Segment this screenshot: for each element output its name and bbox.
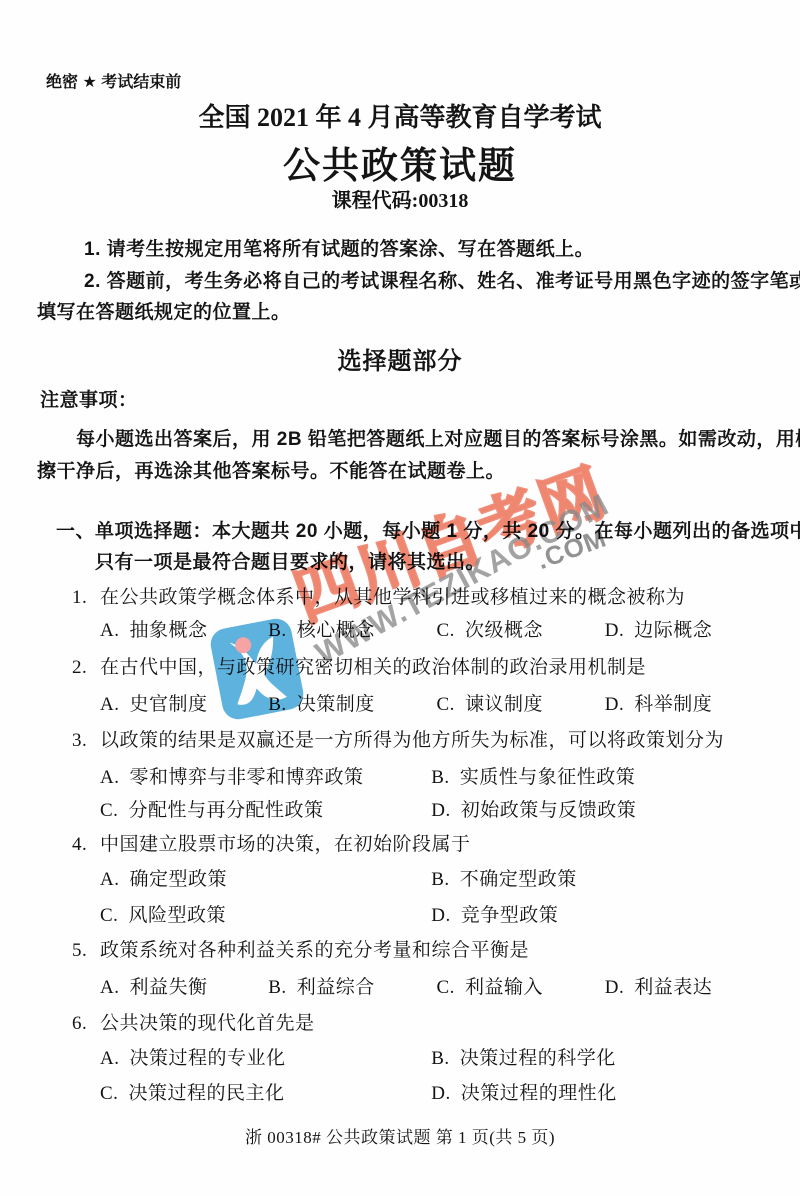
question-4-option-b: B.不确定型政策 bbox=[431, 868, 576, 892]
option-label: B. bbox=[268, 977, 286, 998]
option-text: 利益输入 bbox=[465, 977, 543, 998]
paper-title: 公共政策试题 bbox=[0, 135, 800, 189]
notes-line-1: 每小题选出答案后，用 2B 铅笔把答题纸上对应题目的答案标号涂黑。如需改动，用橡… bbox=[76, 428, 800, 452]
option-label: D. bbox=[431, 800, 450, 821]
question-number: 4. bbox=[72, 833, 100, 857]
question-6-option-b: B.决策过程的科学化 bbox=[431, 1047, 615, 1071]
option-text: 科举制度 bbox=[634, 694, 712, 715]
option-text: 利益失衡 bbox=[129, 977, 207, 998]
option-text: 决策过程的民主化 bbox=[128, 1083, 284, 1104]
option-label: C. bbox=[100, 1083, 118, 1104]
option-label: A. bbox=[100, 977, 119, 998]
question-6: 6.公共决策的现代化首先是 bbox=[72, 1012, 315, 1036]
instruction-line-2: 2. 答题前，考生务必将自己的考试课程名称、姓名、准考证号用黑色字迹的签字笔或钢… bbox=[84, 270, 800, 294]
option-label: A. bbox=[100, 694, 119, 715]
question-number: 1. bbox=[72, 586, 100, 610]
option-label: B. bbox=[268, 694, 286, 715]
question-6-option-a: A.决策过程的专业化 bbox=[100, 1047, 426, 1071]
option-label: C. bbox=[100, 800, 118, 821]
option-label: D. bbox=[605, 620, 624, 641]
option-text: 史官制度 bbox=[129, 694, 207, 715]
watermark-url: WWW.TEZIKAO.COM bbox=[310, 487, 615, 672]
option-text: 竞争型政策 bbox=[461, 905, 559, 926]
question-4-options-row-1: A.确定型政策 B.不确定型政策 bbox=[100, 868, 577, 892]
question-4-options-row-2: C.风险型政策 D.竞争型政策 bbox=[100, 904, 558, 928]
question-number: 6. bbox=[72, 1012, 100, 1036]
question-2-option-a: A.史官制度 bbox=[100, 693, 263, 717]
question-1-option-d: D.边际概念 bbox=[605, 619, 713, 643]
option-text: 决策过程的科学化 bbox=[460, 1048, 616, 1069]
question-6-option-c: C.决策过程的民主化 bbox=[100, 1082, 426, 1106]
classification-label: 绝密 ★ 考试结束前 bbox=[46, 69, 181, 92]
option-text: 边际概念 bbox=[634, 620, 712, 641]
exam-title: 全国 2021 年 4 月高等教育自学考试 bbox=[0, 97, 800, 134]
question-3-option-a: A.零和博弈与非零和博弈政策 bbox=[100, 766, 426, 790]
option-label: B. bbox=[431, 1048, 449, 1069]
section-title: 选择题部分 bbox=[0, 341, 800, 376]
question-text: 政策系统对各种利益关系的充分考量和综合平衡是 bbox=[100, 940, 529, 961]
option-label: D. bbox=[605, 977, 624, 998]
option-label: A. bbox=[100, 620, 119, 641]
notes-line-2: 擦干净后，再选涂其他答案标号。不能答在试题卷上。 bbox=[37, 460, 505, 484]
question-6-option-d: D.决策过程的理性化 bbox=[431, 1082, 617, 1106]
option-label: B. bbox=[268, 620, 286, 641]
option-label: D. bbox=[431, 905, 450, 926]
question-text: 以政策的结果是双赢还是一方所得为他方所失为标准，可以将政策划分为 bbox=[100, 730, 724, 751]
option-label: C. bbox=[437, 977, 455, 998]
question-3-options-row-1: A.零和博弈与非零和博弈政策 B.实质性与象征性政策 bbox=[100, 766, 635, 790]
question-5: 5.政策系统对各种利益关系的充分考量和综合平衡是 bbox=[72, 939, 529, 963]
question-1-option-a: A.抽象概念 bbox=[100, 619, 263, 643]
question-3: 3.以政策的结果是双赢还是一方所得为他方所失为标准，可以将政策划分为 bbox=[72, 729, 724, 753]
question-text: 公共决策的现代化首先是 bbox=[100, 1013, 315, 1034]
option-label: C. bbox=[100, 905, 118, 926]
option-text: 初始政策与反馈政策 bbox=[461, 800, 637, 821]
option-text: 利益综合 bbox=[297, 977, 375, 998]
question-text: 中国建立股票市场的决策，在初始阶段属于 bbox=[100, 834, 471, 855]
option-label: A. bbox=[100, 1048, 119, 1069]
section-one-intro-line-1: 一、单项选择题：本大题共 20 小题，每小题 1 分，共 20 分。在每小题列出… bbox=[56, 520, 800, 544]
option-label: C. bbox=[437, 694, 455, 715]
question-5-option-d: D.利益表达 bbox=[605, 976, 713, 1000]
question-number: 2. bbox=[72, 656, 100, 680]
question-2-option-d: D.科举制度 bbox=[605, 693, 713, 717]
option-text: 实质性与象征性政策 bbox=[460, 767, 636, 788]
option-label: B. bbox=[431, 767, 449, 788]
question-number: 3. bbox=[72, 729, 100, 753]
page-footer: 浙 00318# 公共政策试题 第 1 页(共 5 页) bbox=[0, 1123, 800, 1148]
option-text: 决策过程的理性化 bbox=[461, 1083, 617, 1104]
question-5-options: A.利益失衡 B.利益综合 C.利益输入 D.利益表达 bbox=[100, 976, 712, 1000]
course-code: 课程代码:00318 bbox=[0, 184, 800, 213]
question-2-option-b: B.决策制度 bbox=[268, 693, 431, 717]
option-text: 风险型政策 bbox=[128, 905, 226, 926]
option-label: B. bbox=[431, 869, 449, 890]
question-text: 在公共政策学概念体系中，从其他学科引进或移植过来的概念被称为 bbox=[100, 587, 685, 608]
question-1-options: A.抽象概念 B.核心概念 C.次级概念 D.边际概念 bbox=[100, 619, 712, 643]
question-2-option-c: C.谏议制度 bbox=[437, 693, 600, 717]
question-6-options-row-2: C.决策过程的民主化 D.决策过程的理性化 bbox=[100, 1082, 617, 1106]
option-text: 确定型政策 bbox=[129, 869, 227, 890]
option-label: D. bbox=[431, 1083, 450, 1104]
option-label: D. bbox=[605, 694, 624, 715]
instruction-line-1: 1. 请考生按规定用笔将所有试题的答案涂、写在答题纸上。 bbox=[84, 238, 594, 262]
question-4: 4.中国建立股票市场的决策，在初始阶段属于 bbox=[72, 833, 471, 857]
question-5-option-a: A.利益失衡 bbox=[100, 976, 263, 1000]
exam-paper-page: 四川自考网 .COM WWW.TEZIKAO.COM 绝密 ★ 考试结束前 全国… bbox=[0, 0, 800, 1196]
question-3-option-d: D.初始政策与反馈政策 bbox=[431, 799, 636, 823]
question-1-option-b: B.核心概念 bbox=[268, 619, 431, 643]
option-label: C. bbox=[437, 620, 455, 641]
question-5-option-b: B.利益综合 bbox=[268, 976, 431, 1000]
option-text: 次级概念 bbox=[465, 620, 543, 641]
option-label: A. bbox=[100, 869, 119, 890]
question-4-option-d: D.竞争型政策 bbox=[431, 904, 558, 928]
question-3-option-b: B.实质性与象征性政策 bbox=[431, 766, 635, 790]
question-5-option-c: C.利益输入 bbox=[437, 976, 600, 1000]
option-text: 分配性与再分配性政策 bbox=[128, 800, 323, 821]
section-one-intro-line-2: 只有一项是最符合题目要求的，请将其选出。 bbox=[95, 551, 485, 575]
option-text: 核心概念 bbox=[297, 620, 375, 641]
question-3-option-c: C.分配性与再分配性政策 bbox=[100, 799, 426, 823]
option-text: 不确定型政策 bbox=[460, 869, 577, 890]
option-text: 利益表达 bbox=[634, 977, 712, 998]
question-2: 2.在古代中国，与政策研究密切相关的政治体制的政治录用机制是 bbox=[72, 656, 646, 680]
option-text: 决策过程的专业化 bbox=[129, 1048, 285, 1069]
question-text: 在古代中国，与政策研究密切相关的政治体制的政治录用机制是 bbox=[100, 657, 646, 678]
option-label: A. bbox=[100, 767, 119, 788]
question-4-option-a: A.确定型政策 bbox=[100, 868, 426, 892]
question-number: 5. bbox=[72, 939, 100, 963]
question-3-options-row-2: C.分配性与再分配性政策 D.初始政策与反馈政策 bbox=[100, 799, 636, 823]
question-6-options-row-1: A.决策过程的专业化 B.决策过程的科学化 bbox=[100, 1047, 616, 1071]
question-1-option-c: C.次级概念 bbox=[437, 619, 600, 643]
option-text: 谏议制度 bbox=[465, 694, 543, 715]
question-2-options: A.史官制度 B.决策制度 C.谏议制度 D.科举制度 bbox=[100, 693, 712, 717]
notes-label: 注意事项： bbox=[40, 389, 138, 413]
option-text: 零和博弈与非零和博弈政策 bbox=[129, 767, 363, 788]
question-4-option-c: C.风险型政策 bbox=[100, 904, 426, 928]
question-1: 1.在公共政策学概念体系中，从其他学科引进或移植过来的概念被称为 bbox=[72, 586, 685, 610]
option-text: 抽象概念 bbox=[129, 620, 207, 641]
instruction-line-3: 填写在答题纸规定的位置上。 bbox=[37, 301, 291, 325]
option-text: 决策制度 bbox=[297, 694, 375, 715]
